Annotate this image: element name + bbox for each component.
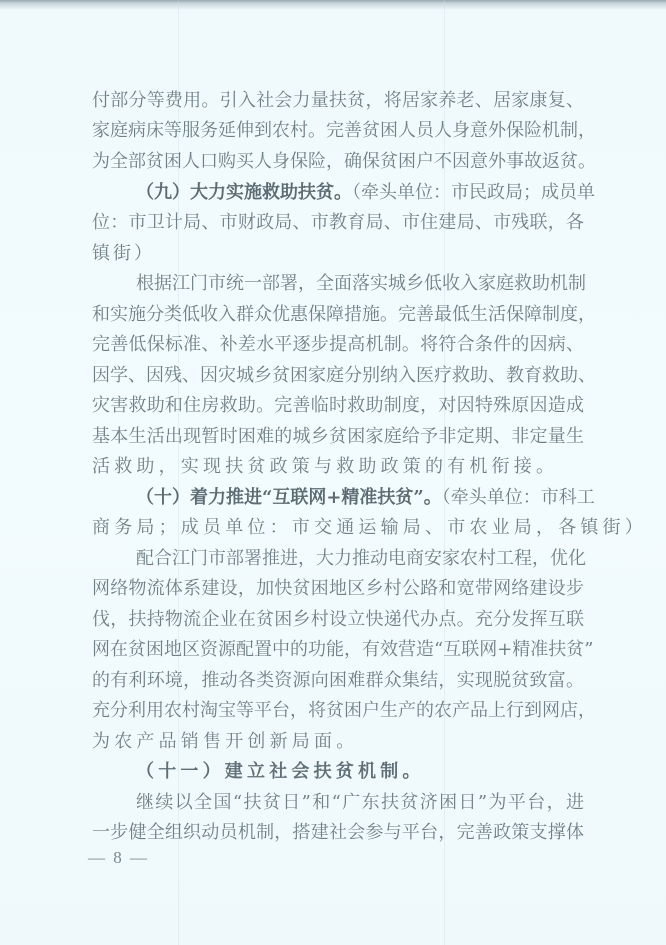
document-page: 付部分等费用。引入社会力量扶贫，将居家养老、居家康复、 家庭病床等服务延伸到农村…	[0, 0, 666, 945]
page-number: — 8 —	[88, 848, 149, 868]
section-heading-line: （十）着力推进“互联网+精准扶贫”。（牵头单位：市科工	[136, 485, 584, 511]
body-line: 一步健全组织动员机制，搭建社会参与平台，完善政策支撑体	[92, 820, 584, 846]
body-line: 为农产品销售开创新局面。	[92, 729, 584, 755]
paragraph-start: 根据江门市统一部署，全面落实城乡低收入家庭救助机制	[136, 271, 584, 297]
body-line: 网在贫困地区资源配置中的功能，有效营造“互联网+精准扶贫”	[92, 637, 584, 663]
body-line: 的有利环境，推动各类资源向困难群众集结，实现脱贫致富。	[92, 668, 584, 694]
section-heading-9: （九）大力实施救助扶贫。	[136, 182, 352, 203]
body-line: 基本生活出现暂时困难的城乡贫困家庭给予非定期、非定量生	[92, 424, 584, 450]
paragraph-start: 继续以全国“扶贫日”和“广东扶贫济困日”为平台，进	[136, 790, 584, 816]
body-line: 位：市卫计局、市财政局、市教育局、市住建局、市残联，各	[92, 210, 584, 236]
lead-unit-text: （牵头单位：市科工	[442, 487, 595, 508]
body-line: 灾害救助和住房救助。完善临时救助制度，对因特殊原因造成	[92, 393, 584, 419]
body-line: 充分利用农村淘宝等平台，将贫困户生产的农产品上行到网店，	[92, 698, 584, 724]
section-heading-11: （十一）建立社会扶贫机制。	[136, 759, 584, 785]
section-heading-line: （九）大力实施救助扶贫。（牵头单位：市民政局；成员单	[136, 180, 584, 206]
body-line: 家庭病床等服务延伸到农村。完善贫困人员人身意外保险机制，	[92, 118, 584, 144]
body-line: 因学、因残、因灾城乡贫困家庭分别纳入医疗救助、教育救助、	[92, 363, 584, 389]
body-line: 伐，扶持物流企业在贫困乡村设立快递代办点。充分发挥互联	[92, 607, 584, 633]
paragraph-start: 配合江门市部署推进，大力推动电商安家农村工程，优化	[136, 546, 584, 572]
body-line: 付部分等费用。引入社会力量扶贫，将居家养老、居家康复、	[92, 88, 584, 114]
body-line: 商务局；成员单位：市交通运输局、市农业局，各镇街）	[92, 515, 584, 541]
body-line: 镇街）	[92, 241, 584, 267]
lead-unit-text: （牵头单位：市民政局；成员单	[352, 182, 595, 203]
section-heading-10: （十）着力推进“互联网+精准扶贫”。	[136, 487, 442, 508]
body-line: 完善低保标准、补差水平逐步提高机制。将符合条件的因病、	[92, 332, 584, 358]
body-line: 和实施分类低收入群众优惠保障措施。完善最低生活保障制度，	[92, 302, 584, 328]
body-line: 活救助，实现扶贫政策与救助政策的有机衔接。	[92, 454, 584, 480]
body-line: 为全部贫困人口购买人身保险，确保贫困户不因意外事故返贫。	[92, 149, 584, 175]
body-line: 网络物流体系建设，加快贫困地区乡村公路和宽带网络建设步	[92, 576, 584, 602]
